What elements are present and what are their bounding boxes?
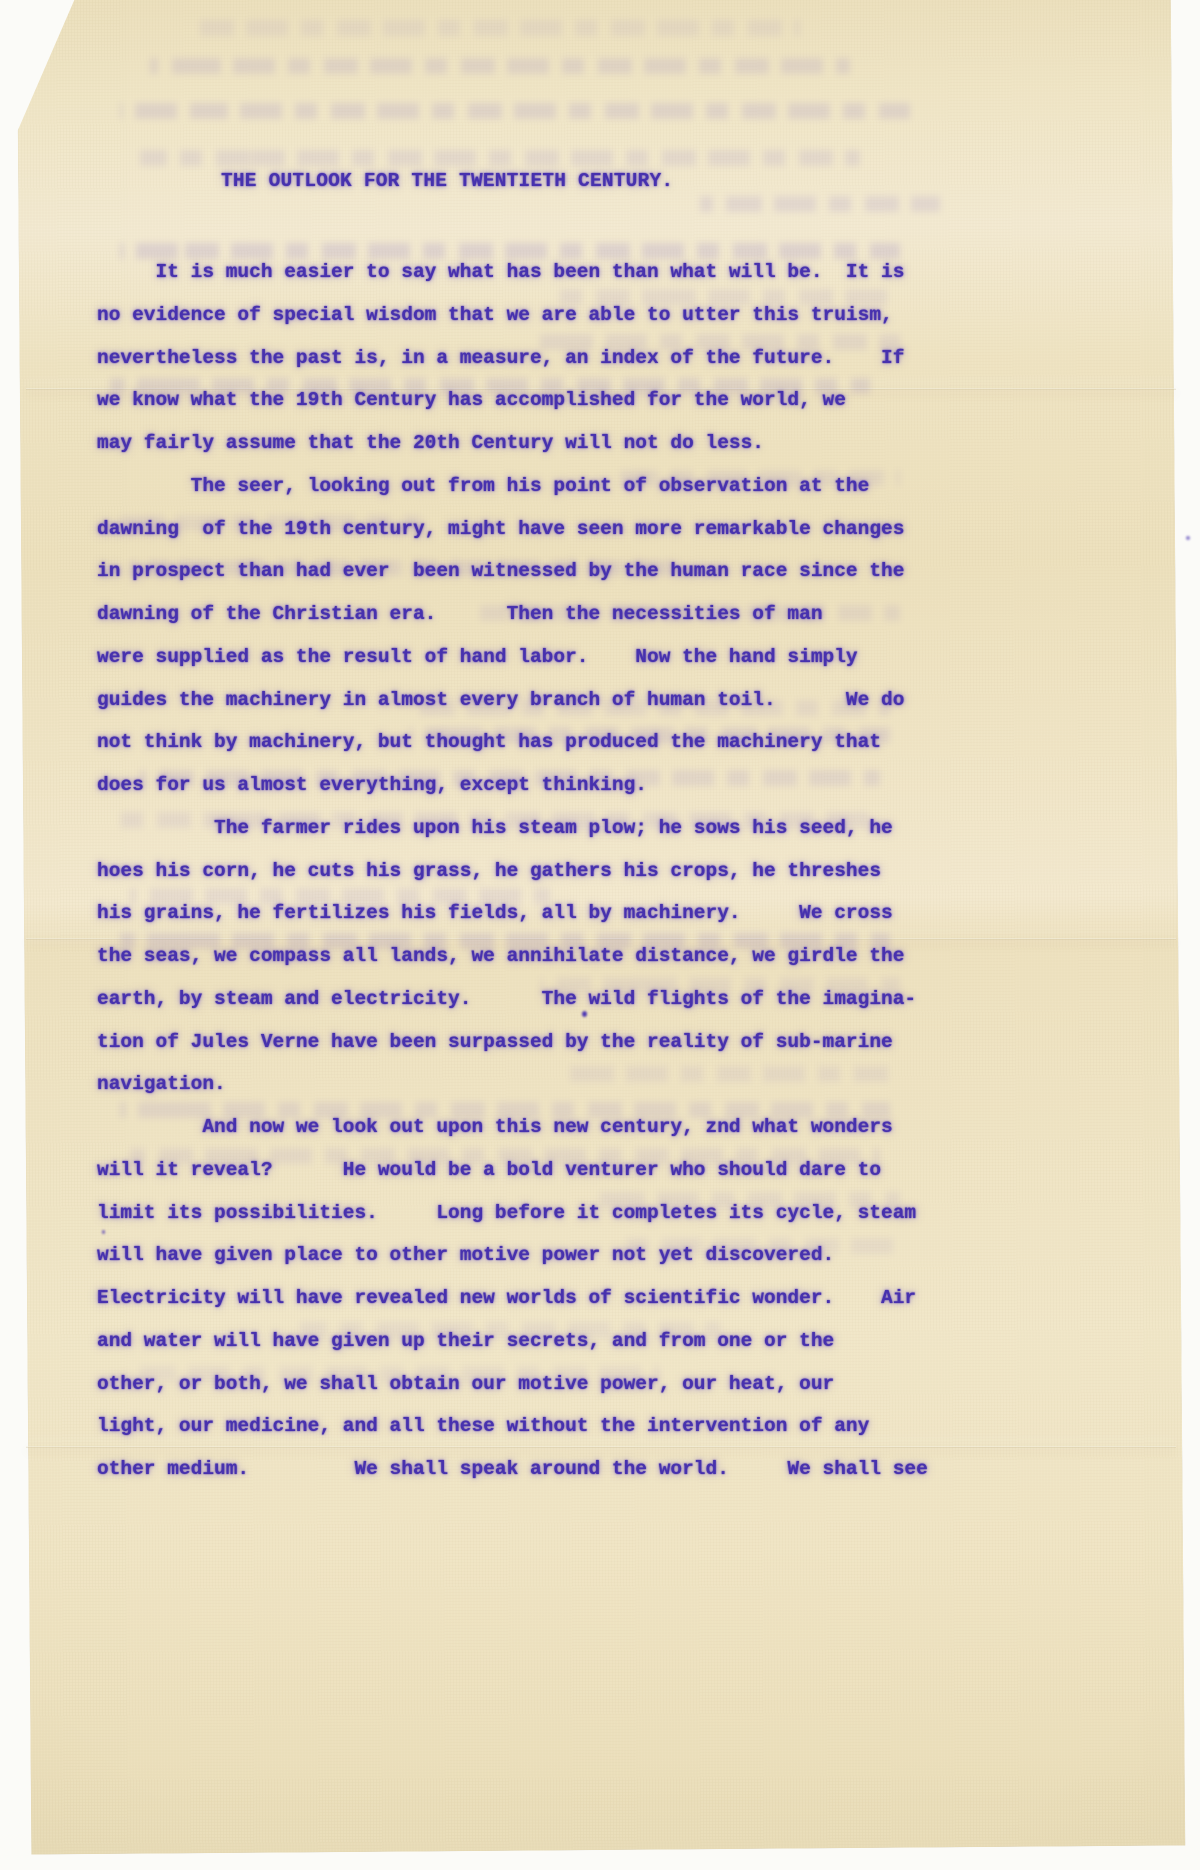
text-line: may fairly assume that the 20th Century …	[97, 422, 928, 465]
text-line: guides the machinery in almost every bra…	[97, 679, 928, 722]
text-line: Electricity will have revealed new world…	[97, 1277, 928, 1320]
ink-speck	[102, 1230, 105, 1234]
text-line: navigation.	[97, 1063, 928, 1106]
text-line: limit its possibilities. Long before it …	[97, 1192, 928, 1235]
ghost-line	[200, 20, 800, 36]
text-line: and water will have given up their secre…	[97, 1320, 928, 1363]
text-line: other medium. We shall speak around the …	[97, 1448, 928, 1491]
text-line: other, or both, we shall obtain our moti…	[97, 1363, 928, 1406]
text-line: his grains, he fertilizes his fields, al…	[97, 892, 928, 935]
ghost-line	[140, 150, 860, 166]
text-line: we know what the 19th Century has accomp…	[97, 379, 928, 422]
text-line: And now we look out upon this new centur…	[97, 1106, 928, 1149]
text-line: the seas, we compass all lands, we annih…	[97, 935, 928, 978]
ghost-line	[700, 196, 940, 212]
document-body: It is much easier to say what has been t…	[97, 251, 928, 1491]
document-title: THE OUTLOOK FOR THE TWENTIETH CENTURY.	[221, 170, 673, 192]
text-line: earth, by steam and electricity. The wil…	[97, 978, 928, 1021]
ink-speck	[1186, 536, 1190, 540]
text-line: does for us almost everything, except th…	[97, 764, 928, 807]
text-line: tion of Jules Verne have been surpassed …	[97, 1021, 928, 1064]
text-line: It is much easier to say what has been t…	[97, 251, 928, 294]
text-line: The farmer rides upon his steam plow; he…	[97, 807, 928, 850]
text-line: will have given place to other motive po…	[97, 1234, 928, 1277]
text-line: nevertheless the past is, in a measure, …	[97, 337, 928, 380]
text-line: The seer, looking out from his point of …	[97, 465, 928, 508]
ghost-line	[120, 103, 910, 119]
text-line: in prospect than had ever been witnessed…	[97, 550, 928, 593]
ghost-line	[150, 58, 850, 74]
text-line: hoes his corn, he cuts his grass, he gat…	[97, 850, 928, 893]
scanned-document: THE OUTLOOK FOR THE TWENTIETH CENTURY. I…	[0, 0, 1200, 1870]
text-line: dawning of the 19th century, might have …	[97, 508, 928, 551]
text-line: light, our medicine, and all these witho…	[97, 1405, 928, 1448]
text-line: no evidence of special wisdom that we ar…	[97, 294, 928, 337]
text-line: not think by machinery, but thought has …	[97, 721, 928, 764]
text-line: were supplied as the result of hand labo…	[97, 636, 928, 679]
text-line: dawning of the Christian era. Then the n…	[97, 593, 928, 636]
ink-speck	[582, 1011, 587, 1017]
text-line: will it reveal? He would be a bold ventu…	[97, 1149, 928, 1192]
